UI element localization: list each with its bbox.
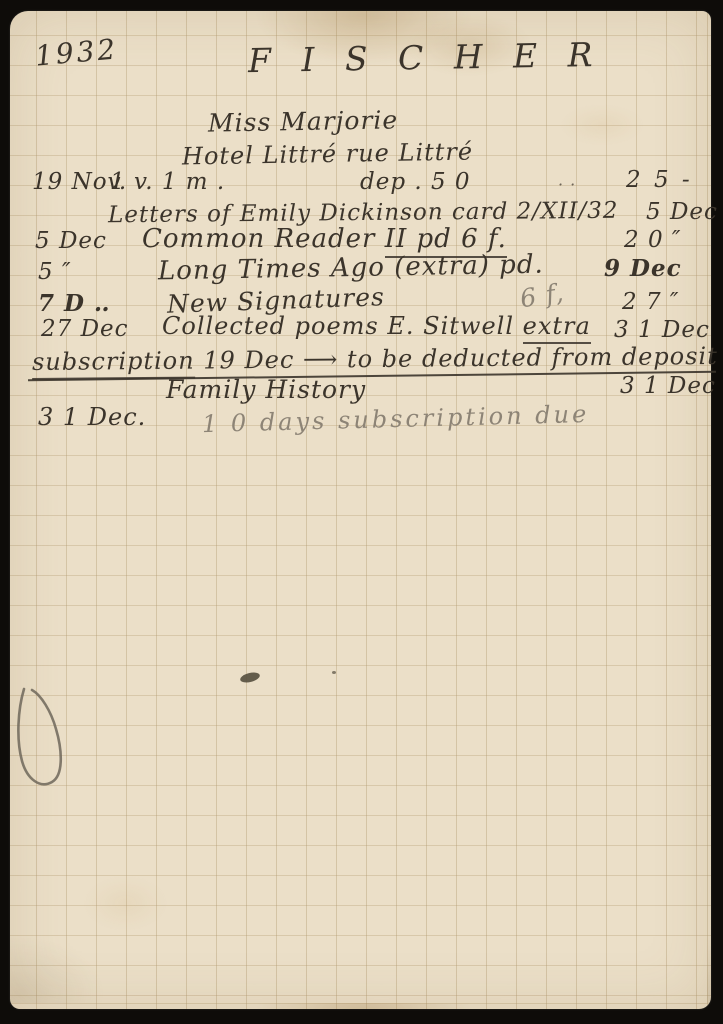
entry-title: Common Reader bbox=[142, 224, 385, 254]
subscription-note: 19 Dec ⟶ to be deducted from deposit bbox=[195, 342, 718, 375]
surname-title: F I S C H E R bbox=[248, 38, 603, 77]
entry-date: 27 Dec bbox=[41, 318, 129, 341]
entry-due-date: 9 Dec bbox=[604, 257, 682, 280]
entry-due-date: 2 0 ″ bbox=[624, 229, 681, 252]
year-label: 1932 bbox=[34, 35, 119, 70]
entry-due-date: 3 1 Dec bbox=[620, 375, 716, 398]
entry-amount: 2 5 - bbox=[626, 169, 693, 192]
ink-speck bbox=[332, 671, 336, 674]
entry-price-pencil: 6 f, bbox=[518, 280, 566, 312]
entry-due-date: 2 7 ″ bbox=[622, 291, 679, 314]
entry-volumes: 1 v. 1 m . bbox=[110, 171, 225, 194]
entry-due-date: 5 Dec bbox=[646, 201, 718, 224]
entry-deposit: dep . 5 0 bbox=[360, 171, 471, 194]
patron-address: Hotel Littré rue Littré bbox=[182, 139, 473, 168]
entry-date: 3 1 Dec. bbox=[38, 405, 146, 429]
entry-title: Family History bbox=[166, 377, 366, 402]
entry-title: Long Times Ago (extra) pd. bbox=[158, 252, 544, 285]
entry-title: Collected poems E. Sitwell bbox=[162, 312, 523, 340]
entry-date: 5 Dec bbox=[35, 230, 107, 253]
subscription-due-pencil: 1 0 days subscription due bbox=[202, 402, 590, 436]
ink-smudge bbox=[239, 671, 261, 685]
library-card: 1932 F I S C H E R Miss Marjorie Hotel L… bbox=[10, 11, 711, 1009]
entry-date: 7 D ‥ bbox=[38, 292, 110, 315]
pencil-loop-mark bbox=[14, 687, 86, 797]
entry-extra-note: extra bbox=[523, 312, 591, 344]
entry-due-date: 3 1 Dec bbox=[614, 319, 710, 342]
patron-name: Miss Marjorie bbox=[208, 107, 399, 135]
entry-date-ditto: 5 ″ bbox=[38, 261, 72, 284]
entry-dots: · · bbox=[558, 177, 576, 193]
